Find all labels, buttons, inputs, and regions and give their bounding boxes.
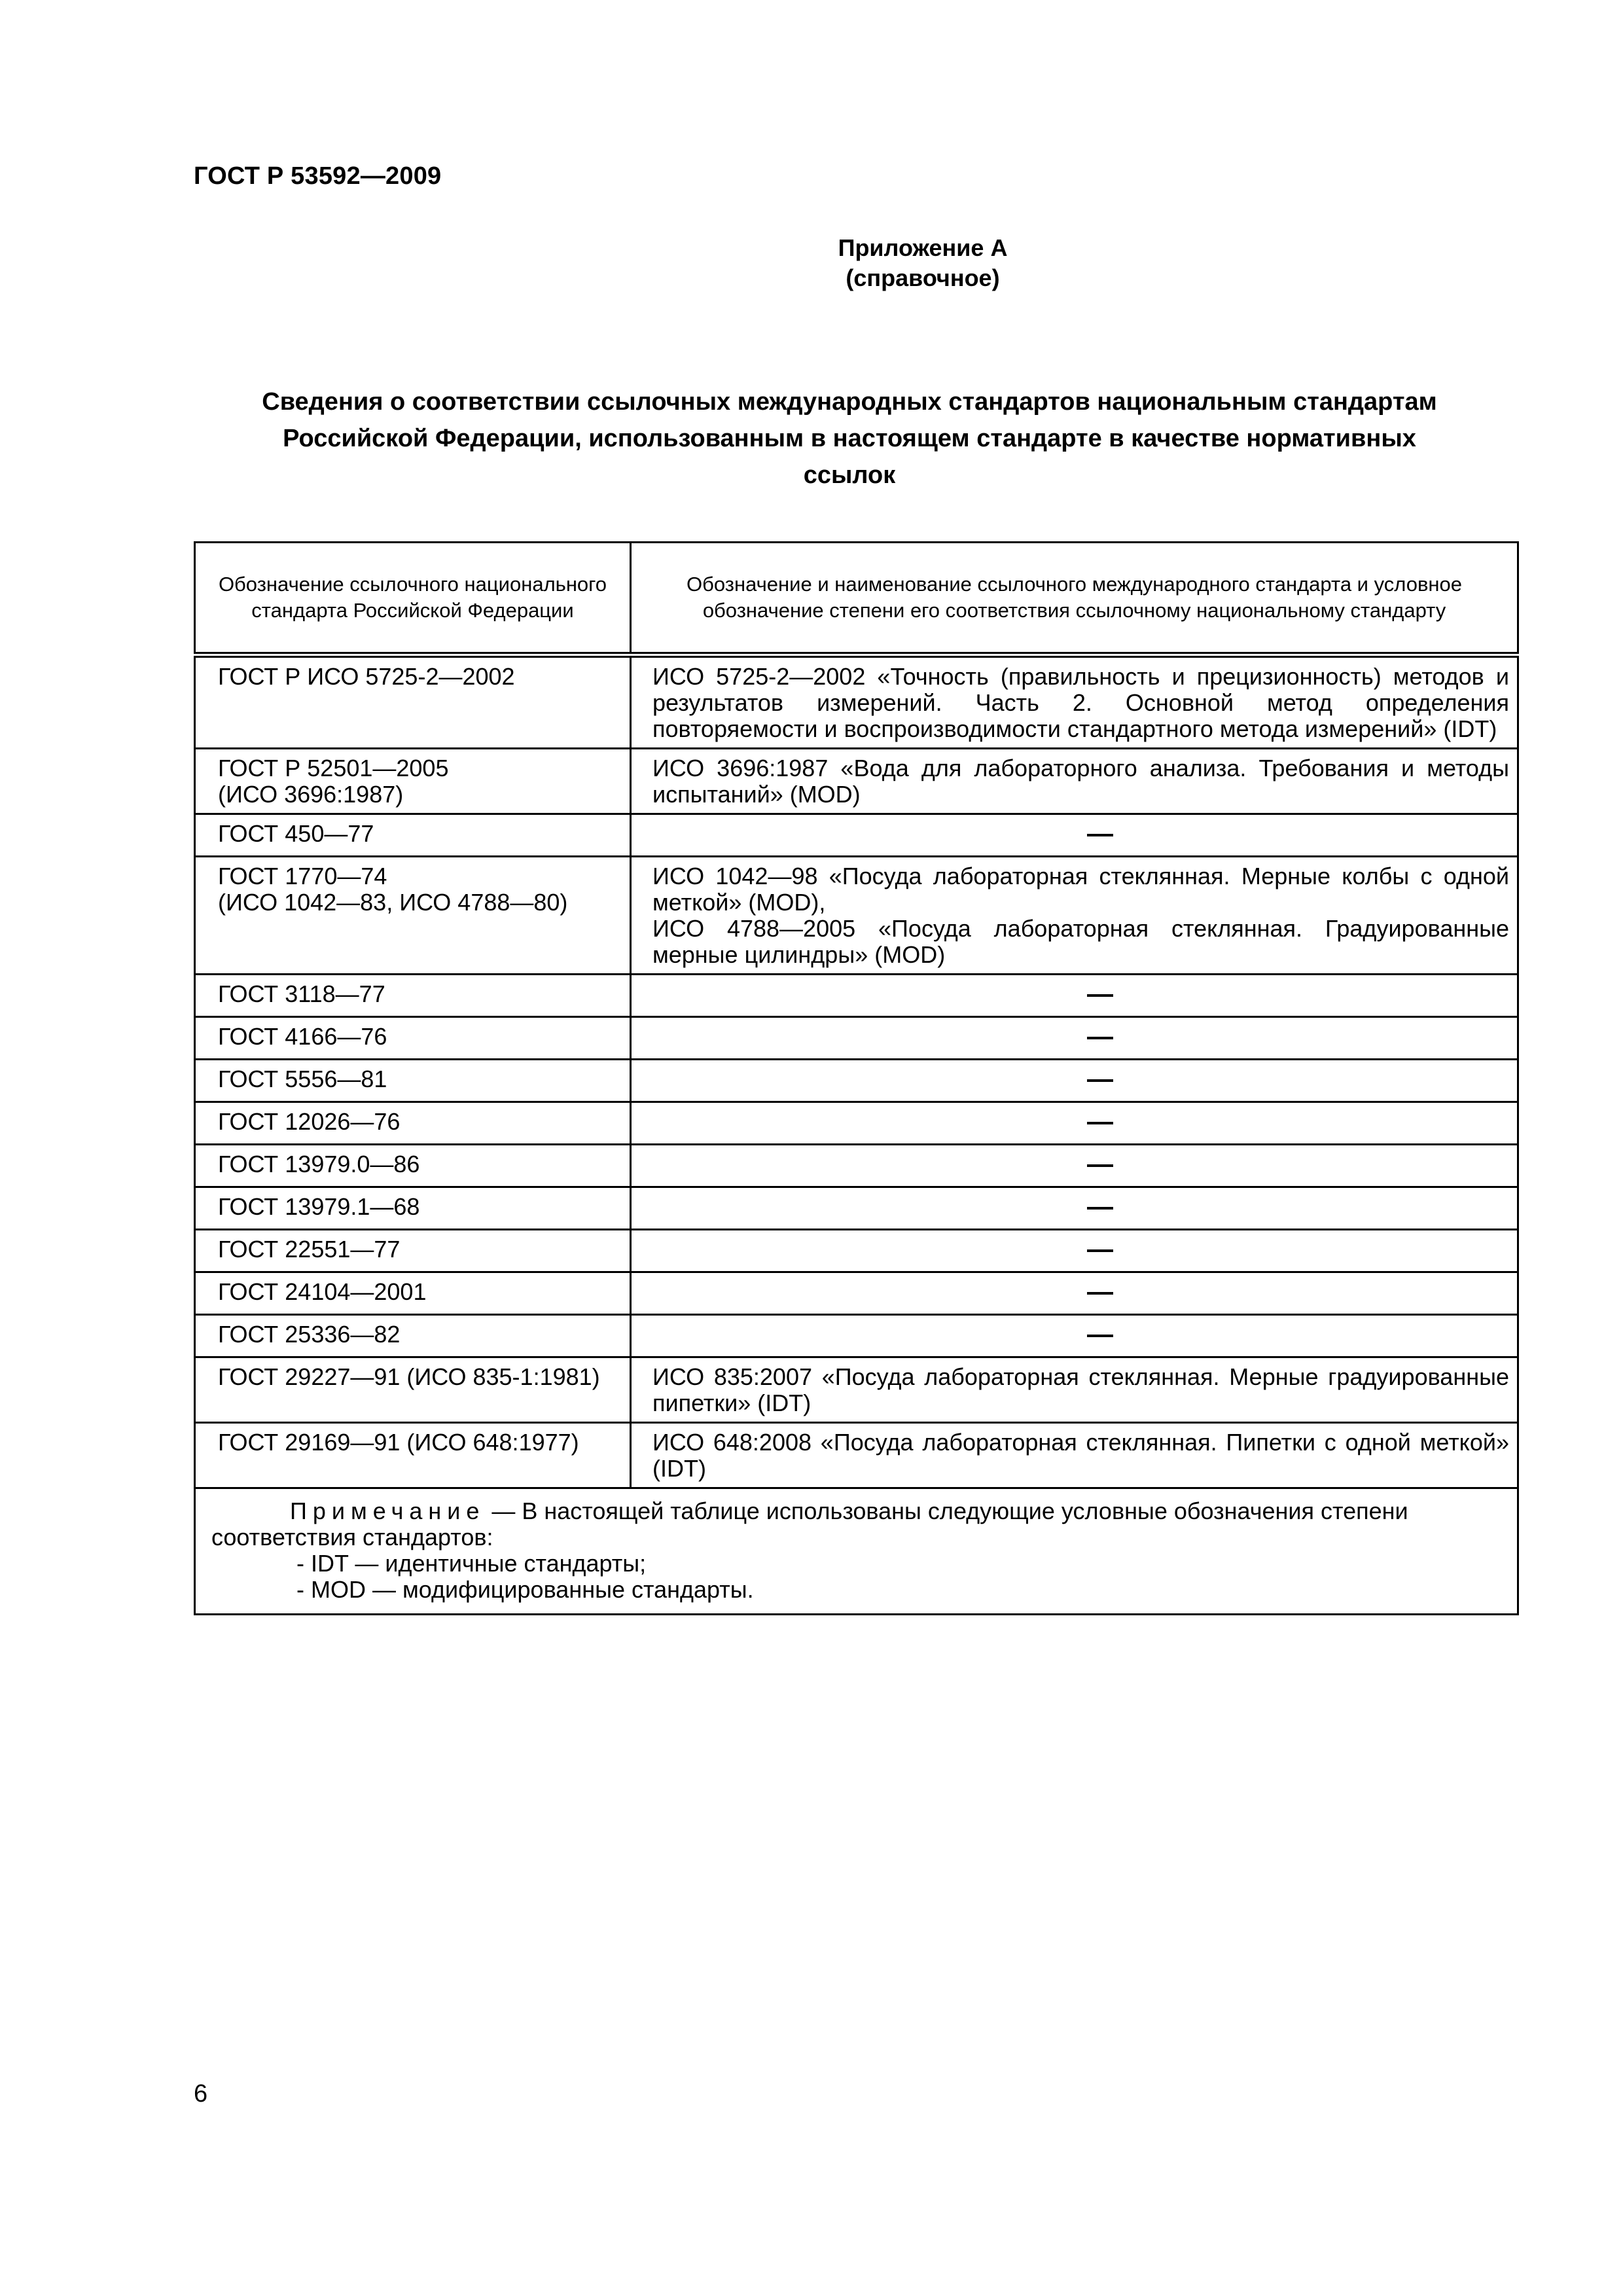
national-standard-designation: (ИСО 1042—83, ИСО 4788—80) [218,889,620,916]
national-standard-cell: ГОСТ 29169—91 (ИСО 648:1977) [195,1423,631,1488]
no-equivalent-dash [1087,1207,1113,1210]
no-equivalent-dash [1087,1079,1113,1082]
table-note: Примечание — В настоящей таблице использ… [195,1488,1518,1615]
national-standard-designation: ГОСТ 12026—76 [218,1109,620,1135]
note-label: Примечание [290,1498,485,1524]
section-title-line: Сведения о соответствии ссылочных междун… [194,384,1505,420]
international-standard-cell [631,975,1518,1017]
national-standard-designation: ГОСТ 13979.1—68 [218,1194,620,1220]
international-standard-cell: ИСО 1042—98 «Посуда лабораторная стеклян… [631,857,1518,975]
section-title-line: Российской Федерации, использованным в н… [194,420,1505,457]
national-standard-designation: ГОСТ 22551—77 [218,1236,620,1263]
annex-type: (справочное) [694,263,1152,293]
no-equivalent-dash [1087,1249,1113,1252]
national-standard-cell: ГОСТ Р ИСО 5725-2—2002 [195,655,631,749]
international-standard-description: ИСО 1042—98 «Посуда лабораторная стеклян… [652,863,1509,916]
table-row: ГОСТ 24104—2001 [195,1272,1518,1315]
national-standard-designation: ГОСТ 4166—76 [218,1024,620,1050]
international-standard-cell [631,1060,1518,1102]
national-standard-cell: ГОСТ 13979.0—86 [195,1145,631,1187]
national-standard-cell: ГОСТ 5556—81 [195,1060,631,1102]
table-row: ГОСТ 13979.0—86 [195,1145,1518,1187]
international-standard-description: ИСО 835:2007 «Посуда лабораторная стекля… [652,1364,1509,1416]
table-row: ГОСТ 12026—76 [195,1102,1518,1145]
international-standard-description: ИСО 4788—2005 «Посуда лабораторная стекл… [652,916,1509,968]
national-standard-cell: ГОСТ 3118—77 [195,975,631,1017]
no-equivalent-dash [1087,1037,1113,1039]
table-row: ГОСТ 29169—91 (ИСО 648:1977)ИСО 648:2008… [195,1423,1518,1488]
international-standard-cell [631,1187,1518,1230]
national-standard-cell: ГОСТ 22551—77 [195,1230,631,1272]
table-row: ГОСТ 13979.1—68 [195,1187,1518,1230]
national-standard-designation: ГОСТ 450—77 [218,821,620,847]
international-standard-cell [631,1017,1518,1060]
national-standard-designation: ГОСТ 1770—74 [218,863,620,889]
international-standard-cell: ИСО 3696:1987 «Вода для лабораторного ан… [631,749,1518,814]
national-standard-designation: ГОСТ Р ИСО 5725-2—2002 [218,664,620,690]
national-standard-cell: ГОСТ Р 52501—2005(ИСО 3696:1987) [195,749,631,814]
section-title: Сведения о соответствии ссылочных междун… [194,384,1505,493]
national-standard-designation: ГОСТ Р 52501—2005 [218,755,620,781]
national-standard-cell: ГОСТ 25336—82 [195,1315,631,1357]
international-standard-cell: ИСО 5725-2—2002 «Точность (правильность … [631,655,1518,749]
note-legend-item: - IDT — идентичные стандарты; [211,1551,1500,1577]
table-header-row: Обозначение ссылочного национального ста… [195,543,1518,655]
national-standard-cell: ГОСТ 24104—2001 [195,1272,631,1315]
national-standard-cell: ГОСТ 4166—76 [195,1017,631,1060]
section-title-line: ссылок [194,457,1505,493]
no-equivalent-dash [1087,1122,1113,1124]
international-standard-cell [631,1272,1518,1315]
table-row: ГОСТ 1770—74(ИСО 1042—83, ИСО 4788—80)ИС… [195,857,1518,975]
international-standard-cell [631,1230,1518,1272]
international-standard-description: ИСО 3696:1987 «Вода для лабораторного ан… [652,755,1509,808]
national-standard-designation: ГОСТ 13979.0—86 [218,1151,620,1177]
national-standard-designation: ГОСТ 29227—91 (ИСО 835-1:1981) [218,1364,620,1390]
international-standard-cell: ИСО 835:2007 «Посуда лабораторная стекля… [631,1357,1518,1423]
table-body: ГОСТ Р ИСО 5725-2—2002ИСО 5725-2—2002 «Т… [195,655,1518,1615]
national-standard-designation: (ИСО 3696:1987) [218,781,620,808]
table-row: ГОСТ 22551—77 [195,1230,1518,1272]
international-standard-cell: ИСО 648:2008 «Посуда лабораторная стекля… [631,1423,1518,1488]
no-equivalent-dash [1087,834,1113,836]
international-standard-description: ИСО 648:2008 «Посуда лабораторная стекля… [652,1429,1509,1482]
no-equivalent-dash [1087,1164,1113,1167]
reference-standards-table: Обозначение ссылочного национального ста… [194,541,1519,1615]
no-equivalent-dash [1087,1335,1113,1337]
column-header-international: Обозначение и наименование ссылочного ме… [631,543,1518,655]
national-standard-designation: ГОСТ 25336—82 [218,1321,620,1348]
table-row: ГОСТ 29227—91 (ИСО 835-1:1981)ИСО 835:20… [195,1357,1518,1423]
table-row: ГОСТ 3118—77 [195,975,1518,1017]
national-standard-cell: ГОСТ 450—77 [195,814,631,857]
annex-title: Приложение А [694,233,1152,263]
national-standard-designation: ГОСТ 29169—91 (ИСО 648:1977) [218,1429,620,1456]
table-row: ГОСТ 5556—81 [195,1060,1518,1102]
international-standard-cell [631,1102,1518,1145]
national-standard-cell: ГОСТ 12026—76 [195,1102,631,1145]
international-standard-cell [631,814,1518,857]
table-row: ГОСТ Р 52501—2005(ИСО 3696:1987)ИСО 3696… [195,749,1518,814]
table-row: ГОСТ Р ИСО 5725-2—2002ИСО 5725-2—2002 «Т… [195,655,1518,749]
international-standard-description: ИСО 5725-2—2002 «Точность (правильность … [652,664,1509,742]
national-standard-cell: ГОСТ 1770—74(ИСО 1042—83, ИСО 4788—80) [195,857,631,975]
no-equivalent-dash [1087,1292,1113,1295]
table-row: ГОСТ 4166—76 [195,1017,1518,1060]
document-code: ГОСТ Р 53592—2009 [194,162,441,190]
national-standard-designation: ГОСТ 5556—81 [218,1066,620,1092]
note-legend-item: - MOD — модифицированные стандарты. [211,1577,1500,1603]
table-row: ГОСТ 450—77 [195,814,1518,857]
table-note-row: Примечание — В настоящей таблице использ… [195,1488,1518,1615]
page-number: 6 [194,2080,207,2108]
no-equivalent-dash [1087,994,1113,997]
international-standard-cell [631,1145,1518,1187]
column-header-national: Обозначение ссылочного национального ста… [195,543,631,655]
national-standard-designation: ГОСТ 3118—77 [218,981,620,1007]
national-standard-cell: ГОСТ 13979.1—68 [195,1187,631,1230]
note-paragraph: Примечание — В настоящей таблице использ… [211,1498,1500,1551]
table-row: ГОСТ 25336—82 [195,1315,1518,1357]
national-standard-cell: ГОСТ 29227—91 (ИСО 835-1:1981) [195,1357,631,1423]
international-standard-cell [631,1315,1518,1357]
national-standard-designation: ГОСТ 24104—2001 [218,1279,620,1305]
